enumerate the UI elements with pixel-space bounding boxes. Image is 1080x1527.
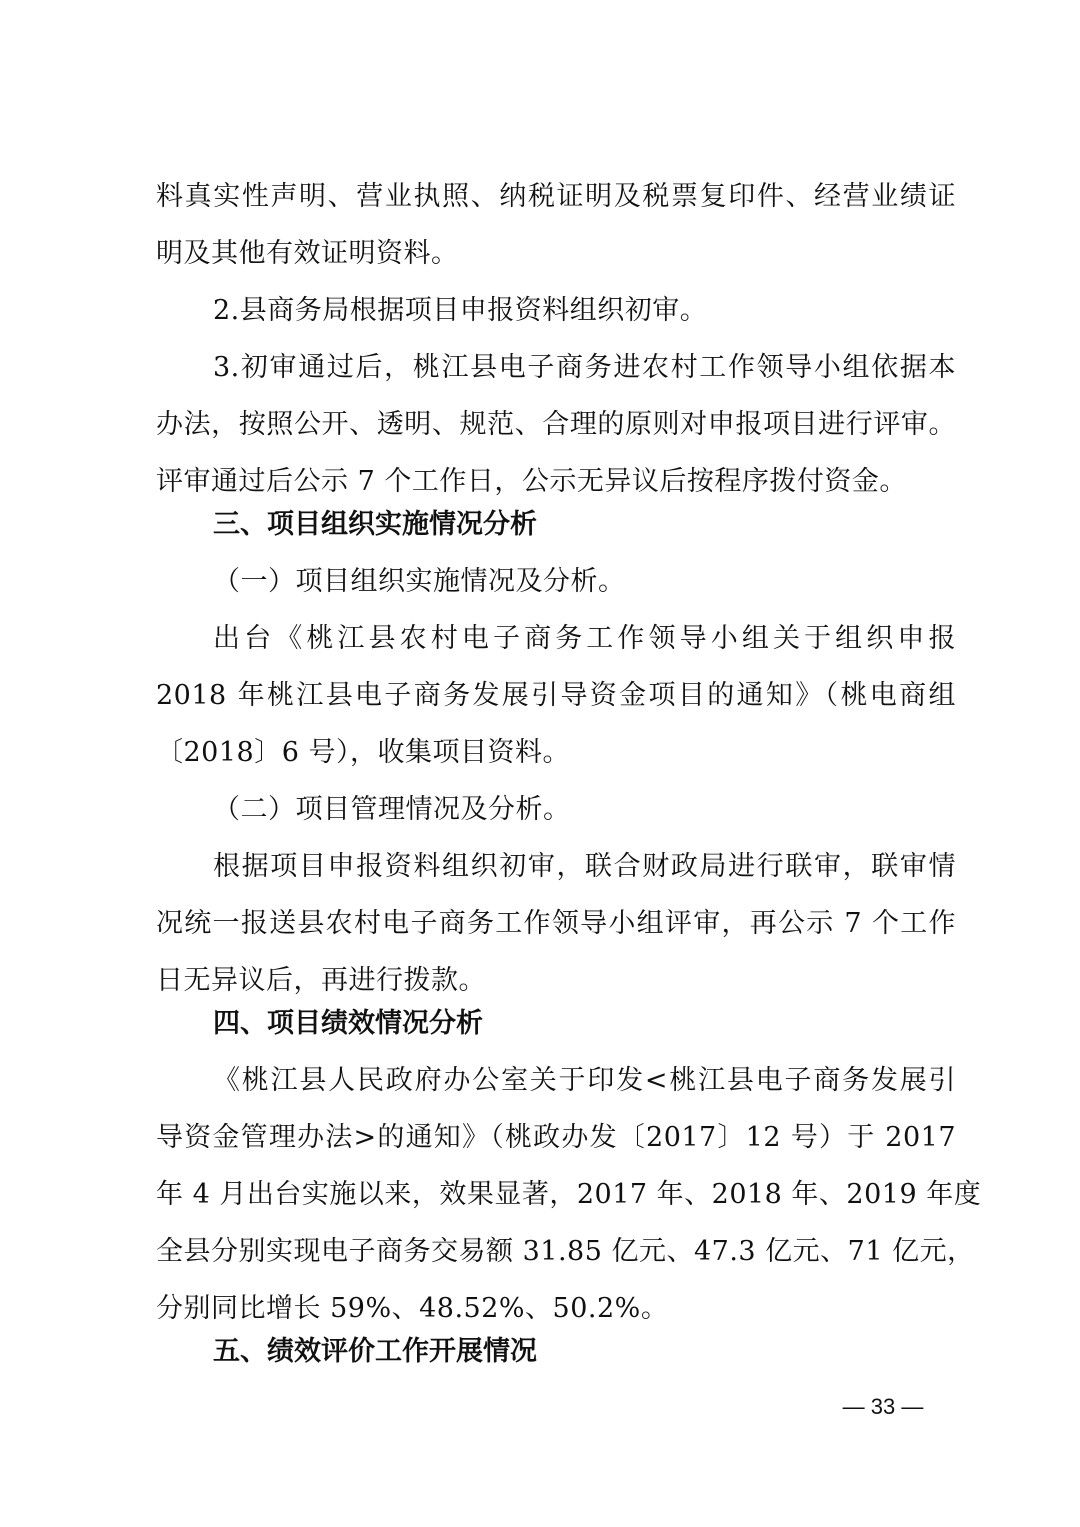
section-heading: 三、项目组织实施情况分析 [213, 505, 956, 545]
paragraph-line: 日无异议后，再进行拨款。 [156, 961, 956, 1001]
paragraph-line: 〔2018〕6 号），收集项目资料。 [156, 733, 956, 773]
paragraph-line: 根据项目申报资料组织初审，联合财政局进行联审，联审情 [213, 847, 956, 887]
paragraph-line: 况统一报送县农村电子商务工作领导小组评审，再公示 7 个工作 [156, 904, 956, 944]
paragraph-line: 分别同比增长 59%、48.52%、50.2%。 [156, 1289, 956, 1329]
section-heading: 四、项目绩效情况分析 [213, 1004, 956, 1044]
list-item-line: 3.初审通过后，桃江县电子商务进农村工作领导小组依据本 [213, 348, 956, 388]
paragraph-line: 办法，按照公开、透明、规范、合理的原则对申报项目进行评审。 [156, 405, 956, 445]
section-heading: 五、绩效评价工作开展情况 [213, 1332, 956, 1372]
paragraph-line: 全县分别实现电子商务交易额 31.85 亿元、47.3 亿元、71 亿元， [156, 1232, 956, 1272]
paragraph-line: 导资金管理办法>的通知》（桃政办发〔2017〕12 号）于 2017 [156, 1118, 956, 1158]
paragraph-line: 2018 年桃江县电子商务发展引导资金项目的通知》（桃电商组 [156, 676, 956, 716]
subsection-heading: （二）项目管理情况及分析。 [213, 790, 956, 830]
subsection-heading: （一）项目组织实施情况及分析。 [213, 562, 956, 602]
paragraph-line: 年 4 月出台实施以来，效果显著，2017 年、2018 年、2019 年度 [156, 1175, 956, 1215]
paragraph-line: 明及其他有效证明资料。 [156, 234, 956, 274]
paragraph-line: 出台《桃江县农村电子商务工作领导小组关于组织申报 [213, 619, 956, 659]
document-page: 料真实性声明、营业执照、纳税证明及税票复印件、经营业绩证 明及其他有效证明资料。… [0, 0, 1080, 1527]
paragraph-line: 料真实性声明、营业执照、纳税证明及税票复印件、经营业绩证 [156, 177, 956, 217]
paragraph-line: 《桃江县人民政府办公室关于印发<桃江县电子商务发展引 [213, 1061, 956, 1101]
page-number: — 33 — [828, 1390, 938, 1424]
list-item-line: 2.县商务局根据项目申报资料组织初审。 [213, 291, 956, 331]
paragraph-line: 评审通过后公示 7 个工作日，公示无异议后按程序拨付资金。 [156, 462, 956, 502]
